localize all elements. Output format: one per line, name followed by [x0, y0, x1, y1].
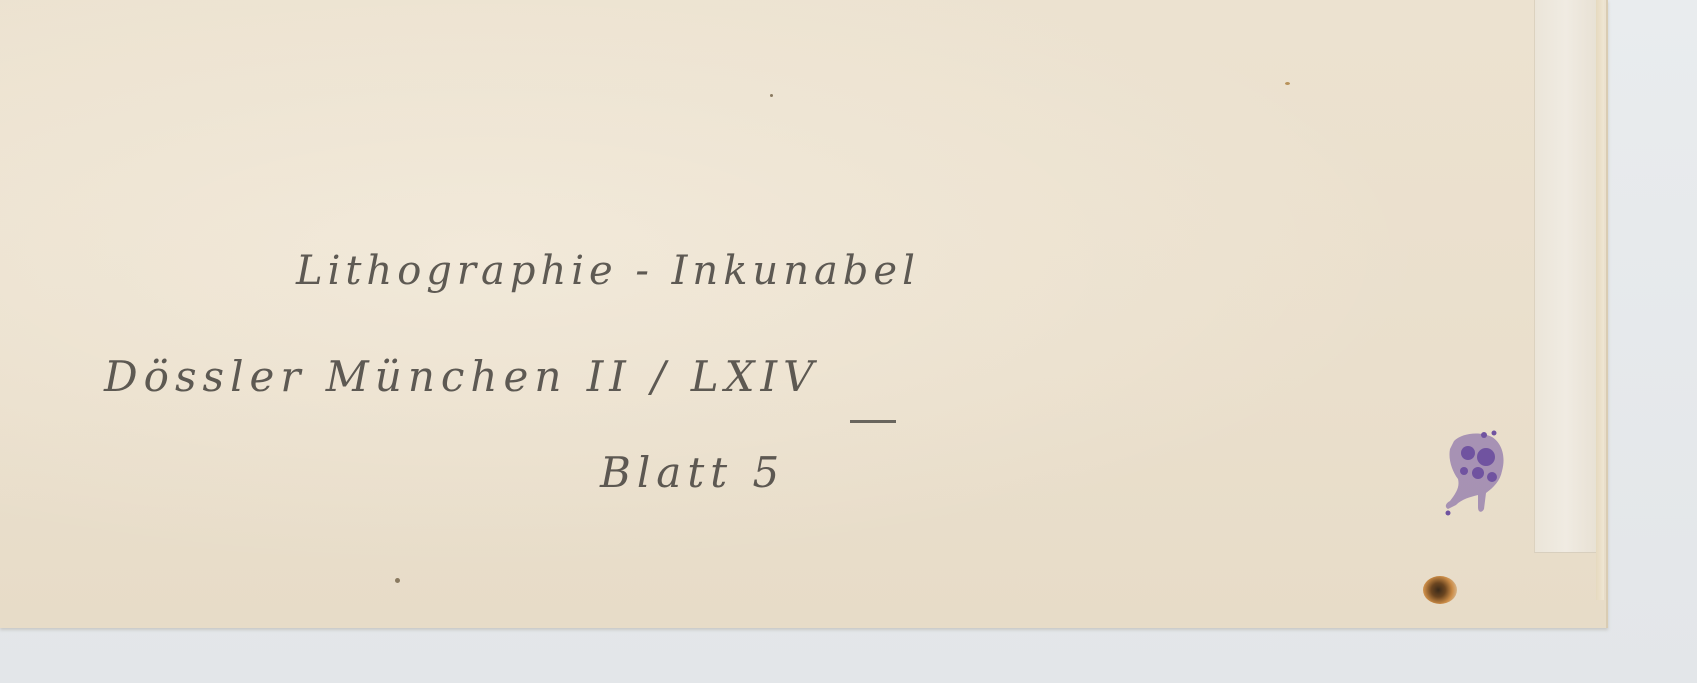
- rust-stain: [1423, 576, 1457, 604]
- handwritten-line-3: Blatt 5: [600, 448, 785, 497]
- purple-ink-stamp-icon: [1440, 423, 1514, 519]
- mounting-tape-strip: [1534, 0, 1597, 553]
- roman-numeral-underline: [850, 420, 896, 423]
- handwritten-line-1: Lithographie - Inkunabel: [296, 248, 920, 294]
- paper-sheet: Lithographie - Inkunabel Dössler München…: [0, 0, 1608, 628]
- paper-outer-edge: [1596, 0, 1604, 600]
- paper-speck: [395, 578, 400, 583]
- handwritten-line-2: Dössler München II / LXIV: [104, 352, 819, 401]
- paper-speck: [770, 94, 773, 97]
- paper-speck: [1285, 82, 1290, 85]
